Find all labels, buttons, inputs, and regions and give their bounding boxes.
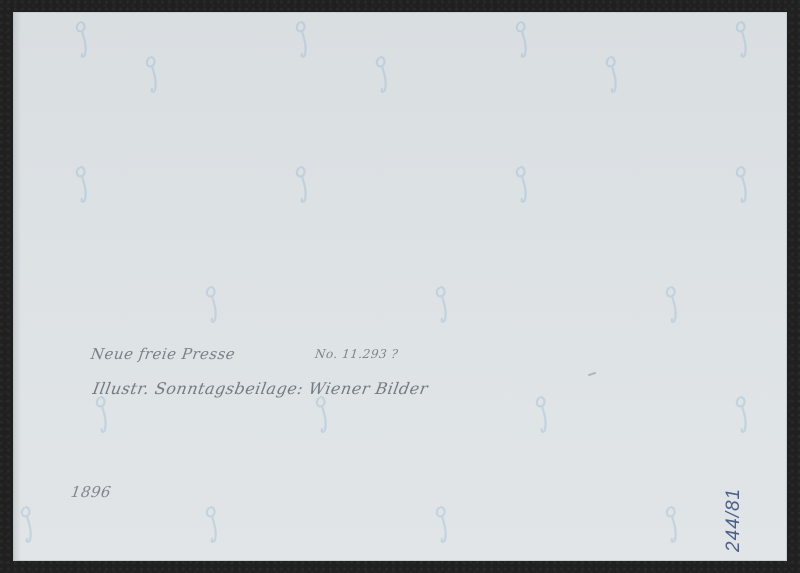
watermark-glyph-icon bbox=[143, 52, 165, 96]
watermark-glyph-icon bbox=[73, 17, 95, 61]
watermark-glyph-icon bbox=[373, 52, 395, 96]
watermark-glyph-icon bbox=[93, 392, 115, 436]
pencil-dash-mark bbox=[588, 372, 596, 377]
photo-back-sheet: Neue freie Presse No. 11.293 ? Illustr. … bbox=[13, 12, 787, 561]
watermark-glyph-icon bbox=[433, 282, 455, 326]
watermark-glyph-icon bbox=[18, 502, 40, 546]
handwritten-year: 1896 bbox=[70, 483, 113, 501]
watermark-glyph-icon bbox=[313, 392, 335, 436]
watermark-glyph-icon bbox=[733, 17, 755, 61]
watermark-glyph-icon bbox=[73, 162, 95, 206]
handwritten-issue-number: No. 11.293 ? bbox=[314, 347, 399, 361]
watermark-glyph-icon bbox=[663, 502, 685, 546]
watermark-glyph-icon bbox=[203, 282, 225, 326]
watermark-glyph-icon bbox=[533, 392, 555, 436]
watermark-glyph-icon bbox=[603, 52, 625, 96]
watermark-glyph-icon bbox=[203, 502, 225, 546]
watermark-glyph-icon bbox=[663, 282, 685, 326]
handwritten-publication-name: Neue freie Presse bbox=[90, 345, 237, 363]
watermark-glyph-icon bbox=[293, 17, 315, 61]
watermark-glyph-icon bbox=[513, 17, 535, 61]
watermark-glyph-icon bbox=[293, 162, 315, 206]
archive-inventory-number: 244/81 bbox=[723, 488, 745, 552]
watermark-glyph-icon bbox=[433, 502, 455, 546]
watermark-glyph-icon bbox=[733, 162, 755, 206]
handwritten-supplement-title: Illustr. Sonntagsbeilage: Wiener Bilder bbox=[91, 379, 429, 398]
watermark-glyph-icon bbox=[733, 392, 755, 436]
watermark-glyph-icon bbox=[513, 162, 535, 206]
